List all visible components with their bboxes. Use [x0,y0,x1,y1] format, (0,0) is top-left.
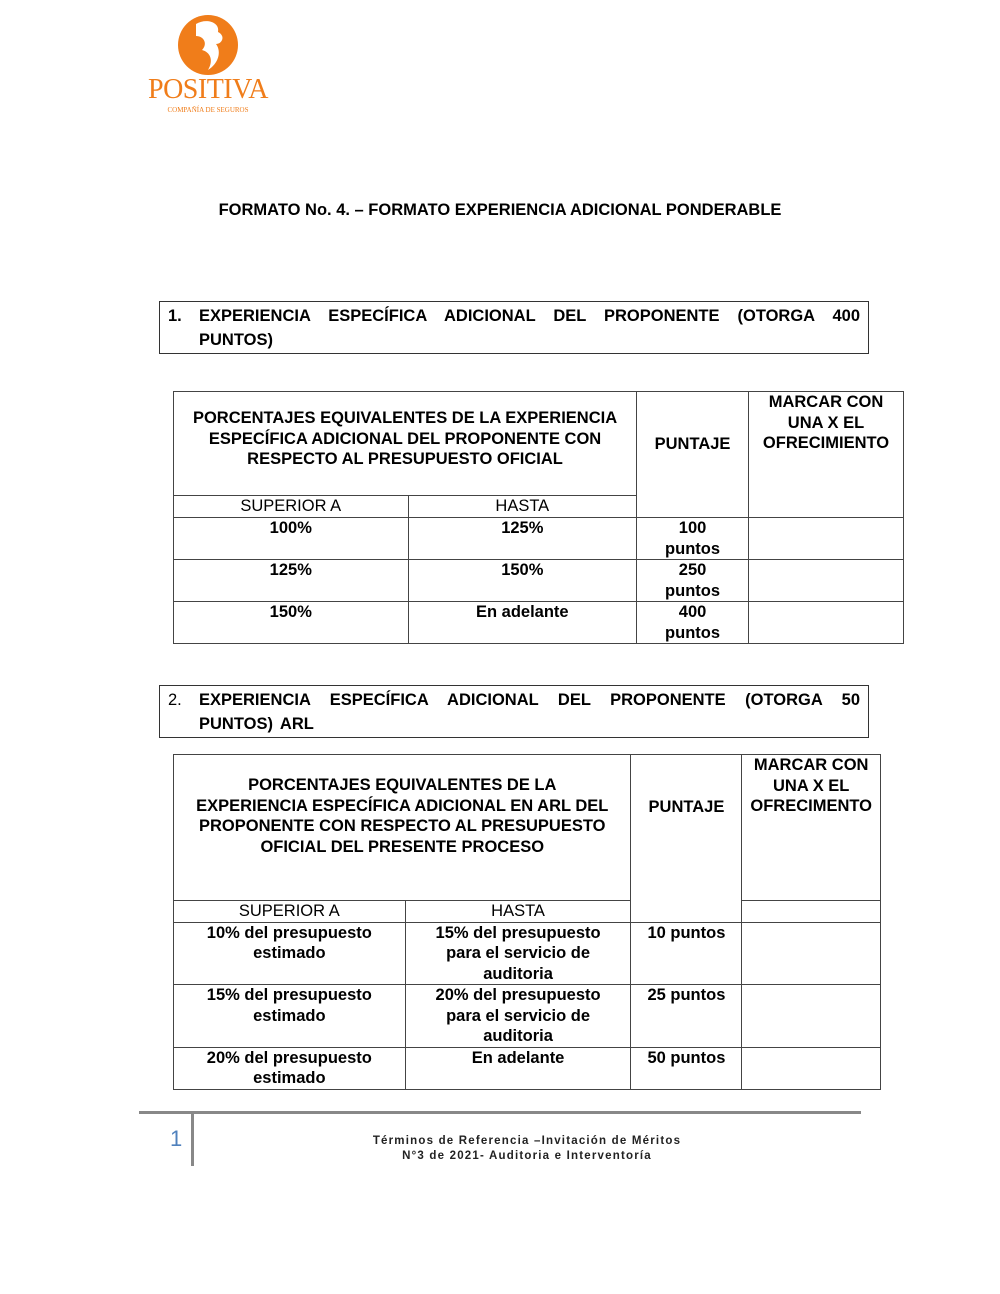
row-to: 15% del presupuesto para el servicio de … [405,922,631,985]
row-to: 20% del presupuesto para el servicio de … [405,985,631,1048]
row-from: 150% [174,602,409,644]
row-score: 50 puntos [631,1047,742,1089]
section-1-number: 1. [168,304,182,328]
row-score: 100 puntos [637,518,749,560]
row-from: 20% del presupuesto estimado [174,1047,406,1089]
row-mark-cell[interactable] [749,518,904,560]
footer-line-1: Términos de Referencia –Invitación de Mé… [194,1134,860,1149]
section-1-heading-text: EXPERIENCIA ESPECÍFICA ADICIONAL DEL PRO… [199,304,860,352]
section-2-heading: 2. EXPERIENCIA ESPECÍFICA ADICIONAL DEL … [159,685,869,738]
logo-wordmark: POSITIVA [148,74,268,106]
row-mark-cell[interactable] [749,602,904,644]
section-2-heading-text: EXPERIENCIA ESPECÍFICA ADICIONAL DEL PRO… [199,688,860,736]
row-mark-cell[interactable] [742,922,881,985]
table-1-sub-from: SUPERIOR A [174,496,409,518]
row-from: 10% del presupuesto estimado [174,922,406,985]
row-to: 150% [408,560,637,602]
row-from: 15% del presupuesto estimado [174,985,406,1048]
table-2-header-main: PORCENTAJES EQUIVALENTES DE LA EXPERIENC… [174,755,631,901]
row-score: 25 puntos [631,985,742,1048]
positiva-logo: POSITIVA COMPAÑÍA DE SEGUROS [148,14,268,114]
section-2-number: 2. [168,688,182,712]
row-score: 400 puntos [637,602,749,644]
table-section-2: PORCENTAJES EQUIVALENTES DE LA EXPERIENC… [173,754,881,1090]
table-row: 10% del presupuesto estimado 15% del pre… [174,922,881,985]
page-number: 1 [170,1126,182,1152]
footer-line-2: N°3 de 2021- Auditoria e Interventoría [194,1149,860,1164]
table-2-header-score: PUNTAJE [631,755,742,923]
row-mark-cell[interactable] [742,1047,881,1089]
logo-subtitle: COMPAÑÍA DE SEGUROS [148,106,268,114]
table-section-1: PORCENTAJES EQUIVALENTES DE LA EXPERIENC… [173,391,904,644]
row-from: 100% [174,518,409,560]
footer-text: Términos de Referencia –Invitación de Mé… [194,1134,860,1164]
logo-emblem-icon [148,14,268,76]
row-to: En adelante [405,1047,631,1089]
row-score: 10 puntos [631,922,742,985]
row-score: 250 puntos [637,560,749,602]
section-1-heading: 1. EXPERIENCIA ESPECÍFICA ADICIONAL DEL … [159,301,869,354]
table-1-header-score: PUNTAJE [637,392,749,518]
table-1-header-mark: MARCAR CON UNA X EL OFRECIMIENTO [749,392,904,518]
table-1-header-main: PORCENTAJES EQUIVALENTES DE LA EXPERIENC… [174,392,637,496]
footer-divider [139,1111,861,1114]
table-2-sub-from: SUPERIOR A [174,901,406,923]
table-2-sub-to: HASTA [405,901,631,923]
table-1-sub-to: HASTA [408,496,637,518]
row-from: 125% [174,560,409,602]
row-mark-cell[interactable] [742,985,881,1048]
table-row: 100% 125% 100 puntos [174,518,904,560]
table-row: 15% del presupuesto estimado 20% del pre… [174,985,881,1048]
table-row: 20% del presupuesto estimado En adelante… [174,1047,881,1089]
table-row: 125% 150% 250 puntos [174,560,904,602]
table-2-sub-mark [742,901,881,923]
row-mark-cell[interactable] [749,560,904,602]
row-to: 125% [408,518,637,560]
table-row: 150% En adelante 400 puntos [174,602,904,644]
row-to: En adelante [408,602,637,644]
table-2-header-mark: MARCAR CON UNA X EL OFRECIMENTO [742,755,881,901]
page-title: FORMATO No. 4. – FORMATO EXPERIENCIA ADI… [0,201,1000,220]
